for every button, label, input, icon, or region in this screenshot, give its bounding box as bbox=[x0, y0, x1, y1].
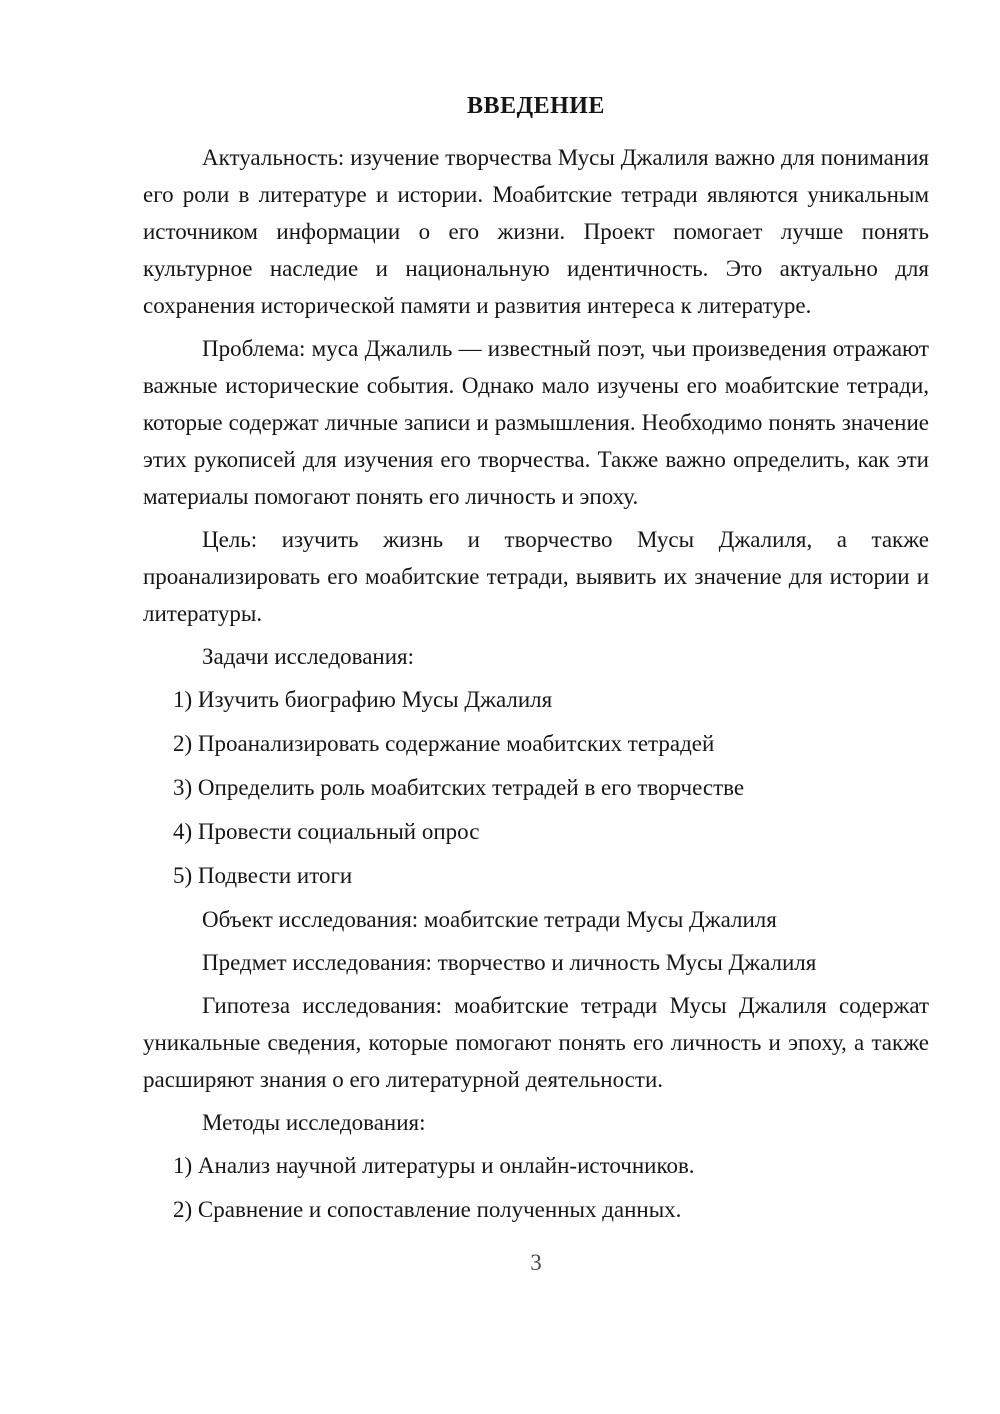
task-list-item: 3) Определить роль моабитских тетрадей в… bbox=[143, 769, 929, 806]
section-title: ВВЕДЕНИЕ bbox=[143, 88, 929, 125]
paragraph-problema: Проблема: муса Джалиль — известный поэт,… bbox=[143, 330, 929, 515]
heading-metody: Методы исследования: bbox=[143, 1104, 929, 1141]
paragraph-aktualnost: Актуальность: изучение творчества Мусы Д… bbox=[143, 139, 929, 324]
paragraph-gipoteza: Гипотеза исследования: моабитские тетрад… bbox=[143, 987, 929, 1098]
task-list-item: 1) Изучить биографию Мусы Джалиля bbox=[143, 681, 929, 718]
document-page: ВВЕДЕНИЕ Актуальность: изучение творчест… bbox=[0, 0, 1000, 1414]
paragraph-obekt: Объект исследования: моабитские тетради … bbox=[143, 901, 929, 938]
paragraph-predmet: Предмет исследования: творчество и лично… bbox=[143, 944, 929, 981]
heading-zadachi: Задачи исследования: bbox=[143, 638, 929, 675]
task-list-item: 5) Подвести итоги bbox=[143, 857, 929, 894]
task-list-item: 2) Проанализировать содержание моабитски… bbox=[143, 725, 929, 762]
task-list-item: 4) Провести социальный опрос bbox=[143, 813, 929, 850]
method-list-item: 1) Анализ научной литературы и онлайн-ис… bbox=[143, 1147, 929, 1184]
page-number: 3 bbox=[143, 1244, 929, 1281]
paragraph-tsel: Цель: изучить жизнь и творчество Мусы Дж… bbox=[143, 521, 929, 632]
method-list-item: 2) Сравнение и сопоставление полученных … bbox=[143, 1191, 929, 1228]
